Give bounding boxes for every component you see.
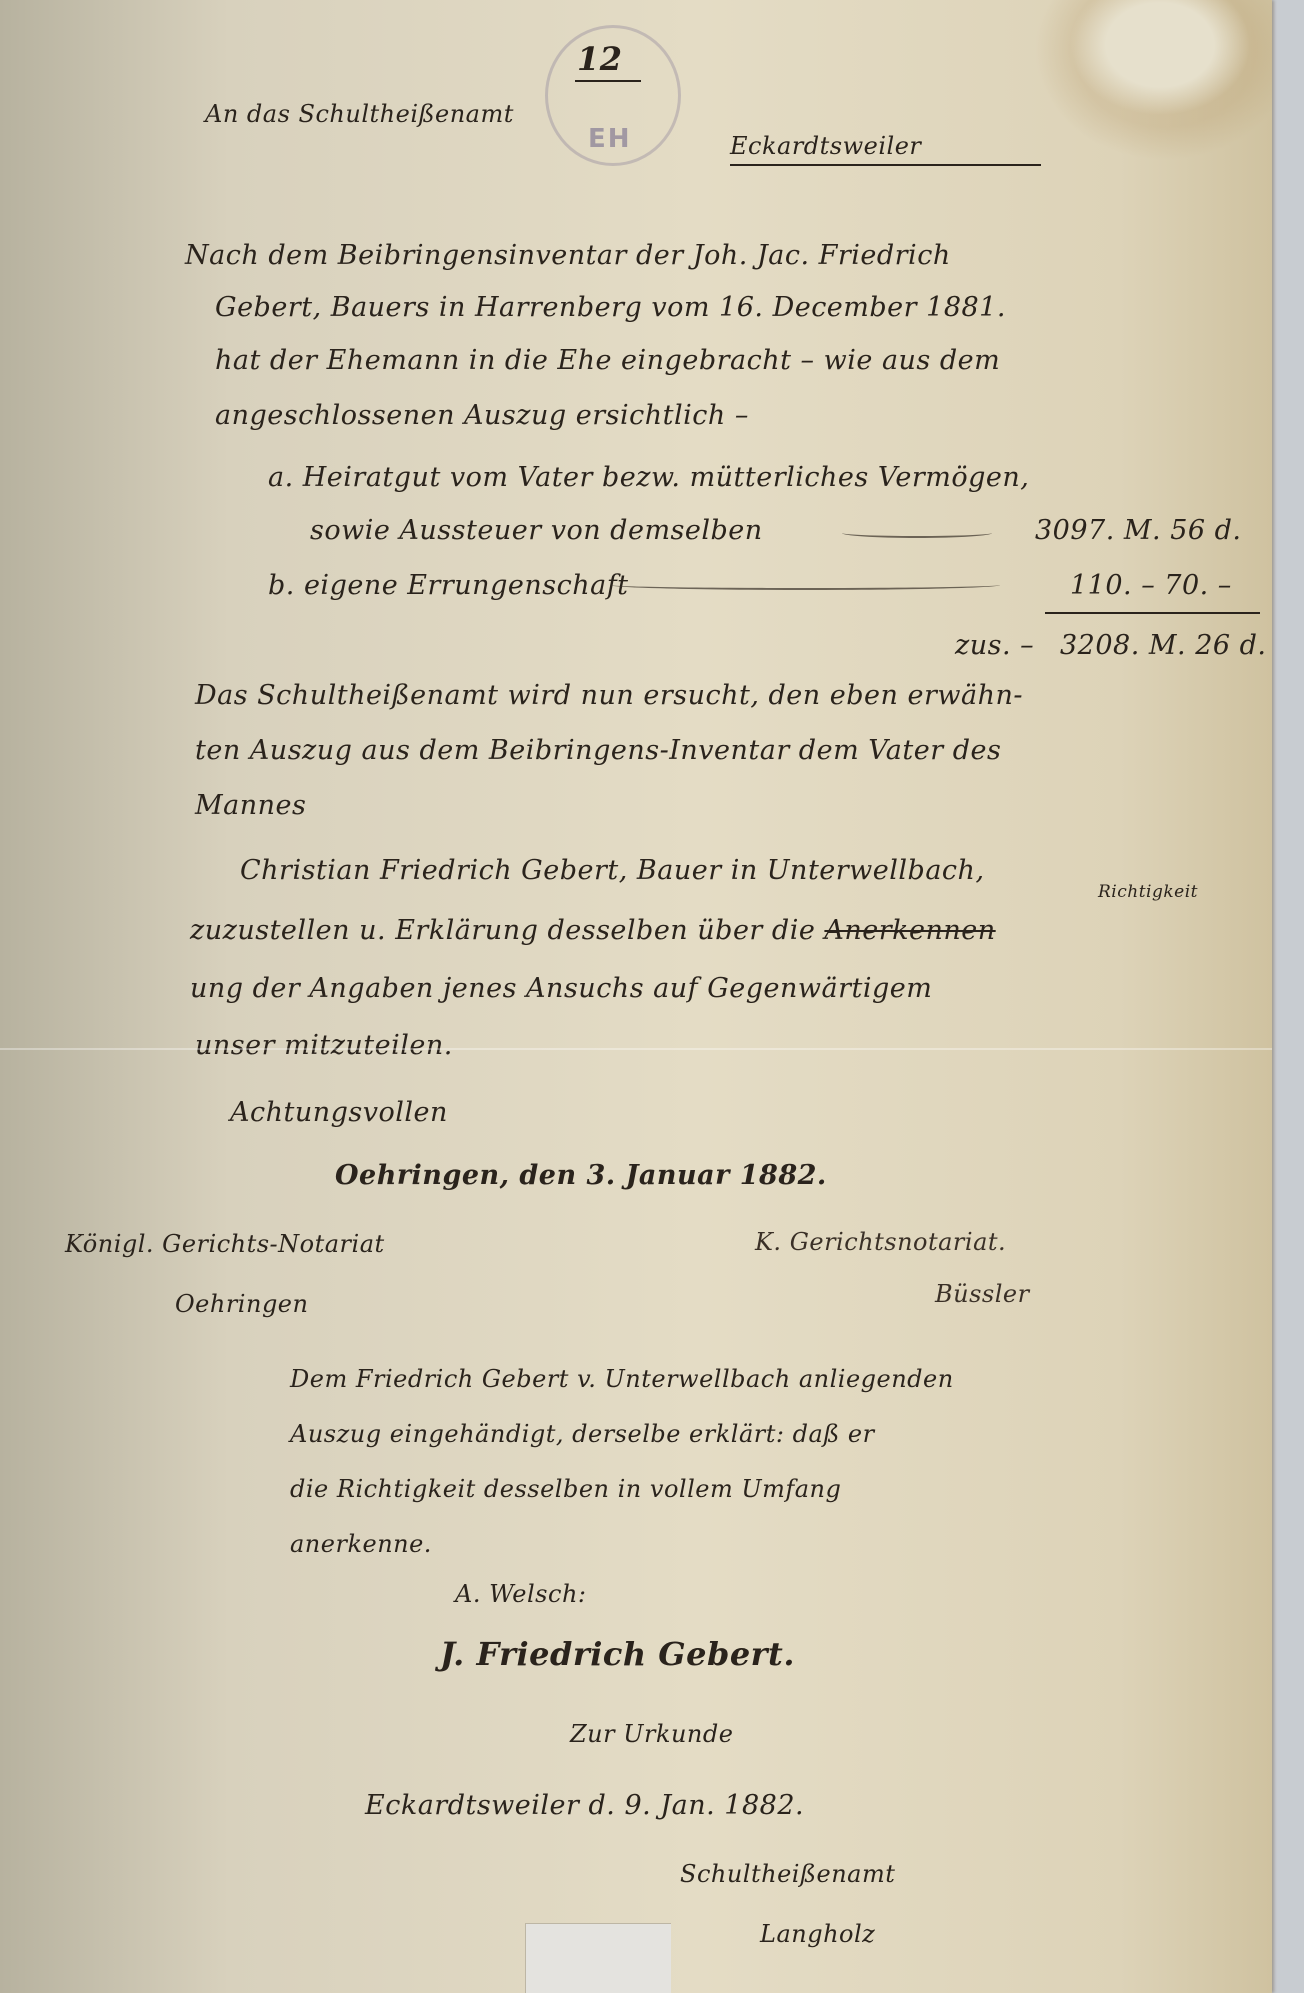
item-a-amount: 3097. M. 56 d. — [1035, 515, 1242, 546]
reply-attest: A. Welsch: — [455, 1580, 586, 1608]
request-line-6: ung der Angaben jenes Ansuchs auf Gegenw… — [190, 973, 932, 1004]
paper-cutout — [525, 1923, 671, 1993]
place-date: Eckardtsweiler d. 9. Jan. 1882. — [365, 1790, 804, 1821]
request-line-2: ten Auszug aus dem Beibringens-Inventar … — [195, 735, 1001, 766]
correction-struck: Anerkennen — [824, 915, 995, 946]
document-page: EH 12 An das Schultheißenamt Eckardtswei… — [0, 0, 1272, 1993]
correction-inserted: Richtigkeit — [1098, 882, 1198, 902]
sender-right-office: K. Gerichtsnotariat. — [755, 1228, 1006, 1256]
office-sign: Schultheißenamt — [680, 1860, 895, 1888]
address-line: An das Schultheißenamt — [205, 100, 514, 128]
fill-line — [842, 528, 992, 538]
request-line-4: Christian Friedrich Gebert, Bauer in Unt… — [240, 855, 985, 886]
address-place: Eckardtsweiler — [730, 132, 1041, 166]
item-b-label: b. eigene Errungenschaft — [268, 570, 629, 601]
body-line-1: Nach dem Beibringensinventar der Joh. Ja… — [185, 240, 951, 271]
sender-left-line-1: Königl. Gerichts-Notariat — [65, 1230, 385, 1258]
closing: Achtungsvollen — [230, 1097, 448, 1128]
body-line-2: Gebert, Bauers in Harrenberg vom 16. Dec… — [215, 292, 1006, 323]
request-line-7: unser mitzuteilen. — [195, 1030, 453, 1061]
total-amount: 3208. M. 26 d. — [1060, 630, 1267, 661]
request-line-1: Das Schultheißenamt wird nun ersucht, de… — [195, 680, 1023, 711]
certification: Zur Urkunde — [570, 1720, 733, 1748]
official-signature: Langholz — [760, 1920, 875, 1948]
reply-line-1: Dem Friedrich Gebert v. Unterwellbach an… — [290, 1365, 954, 1393]
body-line-3: hat der Ehemann in die Ehe eingebracht –… — [215, 345, 1000, 376]
reply-line-3: die Richtigkeit desselben in vollem Umfa… — [290, 1475, 841, 1503]
date-line: Oehringen, den 3. Januar 1882. — [335, 1160, 827, 1191]
item-a-label: a. Heiratgut vom Vater bezw. mütterliche… — [268, 462, 1029, 493]
body-line-4: angeschlossenen Auszug ersichtlich – — [215, 400, 749, 431]
request-line-5: zuzustellen u. Erklärung desselben über … — [190, 915, 996, 946]
reply-signature: J. Friedrich Gebert. — [440, 1635, 795, 1673]
item-b-amount: 110. – 70. – — [1070, 570, 1232, 601]
item-a-label-cont: sowie Aussteuer von demselben — [310, 515, 763, 546]
sender-left-line-2: Oehringen — [175, 1290, 308, 1318]
sender-right-signature: Büssler — [935, 1280, 1030, 1308]
reference-number: 12 — [575, 40, 641, 78]
sum-line — [1045, 612, 1260, 614]
reply-line-4: anerkenne. — [290, 1530, 432, 1558]
total-label: zus. – — [955, 630, 1034, 661]
request-line-3: Mannes — [195, 790, 306, 821]
fill-line — [610, 580, 1000, 590]
reply-line-2: Auszug eingehändigt, derselbe erklärt: d… — [290, 1420, 875, 1448]
